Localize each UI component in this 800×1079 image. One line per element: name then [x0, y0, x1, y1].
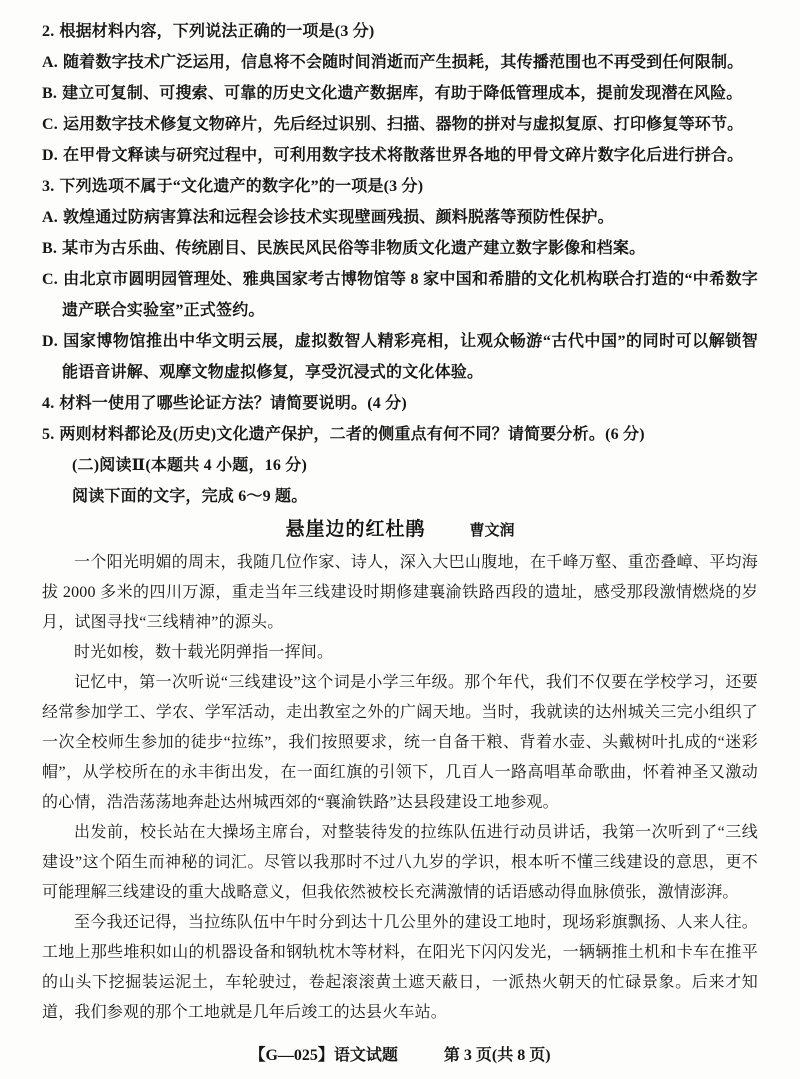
question-3-option-d: D.国家博物馆推出中华文明云展，虚拟数智人精彩亮相，让观众畅游“古代中国”的同时…: [42, 326, 758, 388]
option-label: C.: [42, 271, 58, 288]
question-4: 4.材料一使用了哪些论证方法？请简要说明。(4 分): [42, 388, 758, 419]
option-label: D.: [42, 333, 58, 350]
question-2-option-d: D.在甲骨文释读与研究过程中，可利用数字技术将散落世界各地的甲骨文碎片数字化后进…: [42, 140, 758, 171]
questions-section: 2.根据材料内容，下列说法正确的一项是(3 分) A.随着数字技术广泛运用，信息…: [42, 16, 758, 512]
question-2-option-b: B.建立可复制、可搜索、可靠的历史文化遗产数据库，有助于降低管理成本，提前发现潜…: [42, 78, 758, 109]
question-5-number: 5.: [42, 426, 54, 443]
question-3-option-b: B.某市为古乐曲、传统剧目、民族民风民俗等非物质文化遗产建立数字影像和档案。: [42, 233, 758, 264]
question-4-stem: 4.材料一使用了哪些论证方法？请简要说明。(4 分): [42, 388, 758, 419]
essay-paragraph-2: 时光如梭，数十载光阴弹指一挥间。: [42, 638, 758, 668]
essay-paragraph-4: 出发前，校长站在大操场主席台，对整装待发的拉练队伍进行动员讲话，我第一次听到了“…: [42, 818, 758, 908]
question-3-number: 3.: [42, 178, 54, 195]
question-2-option-a: A.随着数字技术广泛运用，信息将不会随时间消逝而产生损耗，其传播范围也不再受到任…: [42, 47, 758, 78]
essay-paragraph-1: 一个阳光明媚的周末，我随几位作家、诗人，深入大巴山腹地，在千峰万壑、重峦叠嶂、平…: [42, 548, 758, 638]
question-3-text: 下列选项不属于“文化遗产的数字化”的一项是(3 分): [59, 178, 423, 195]
question-2-text: 根据材料内容，下列说法正确的一项是(3 分): [59, 23, 374, 40]
essay-section: 悬崖边的红杜鹃 曹文润 一个阳光明媚的周末，我随几位作家、诗人，深入大巴山腹地，…: [42, 515, 758, 1028]
question-5-text: 两则材料都论及(历史)文化遗产保护，二者的侧重点有何不同？请简要分析。(6 分): [59, 426, 644, 443]
option-label: A.: [42, 54, 58, 71]
question-4-number: 4.: [42, 395, 54, 412]
section-instruction: 阅读下面的文字，完成 6～9 题。: [72, 481, 758, 512]
option-label: B.: [42, 85, 57, 102]
question-3: 3.下列选项不属于“文化遗产的数字化”的一项是(3 分) A.敦煌通过防病害算法…: [42, 171, 758, 388]
question-2: 2.根据材料内容，下列说法正确的一项是(3 分) A.随着数字技术广泛运用，信息…: [42, 16, 758, 171]
option-text: 运用数字技术修复文物碎片，先后经过识别、扫描、器物的拼对与虚拟复原、打印修复等环…: [63, 116, 743, 133]
question-2-stem: 2.根据材料内容，下列说法正确的一项是(3 分): [42, 16, 758, 47]
exam-page: 2.根据材料内容，下列说法正确的一项是(3 分) A.随着数字技术广泛运用，信息…: [0, 0, 800, 1028]
option-text: 国家博物馆推出中华文明云展，虚拟数智人精彩亮相，让观众畅游“古代中国”的同时可以…: [62, 333, 758, 381]
question-2-option-c: C.运用数字技术修复文物碎片，先后经过识别、扫描、器物的拼对与虚拟复原、打印修复…: [42, 109, 758, 140]
option-text: 随着数字技术广泛运用，信息将不会随时间消逝而产生损耗，其传播范围也不再受到任何限…: [63, 54, 743, 71]
question-4-text: 材料一使用了哪些论证方法？请简要说明。(4 分): [59, 395, 406, 412]
question-5: 5.两则材料都论及(历史)文化遗产保护，二者的侧重点有何不同？请简要分析。(6 …: [42, 419, 758, 450]
option-label: A.: [42, 209, 58, 226]
essay-author: 曹文润: [470, 516, 515, 546]
essay-paragraph-5: 至今我还记得，当拉练队伍中午时分到达十几公里外的建设工地时，现场彩旗飘扬、人来人…: [42, 908, 758, 1028]
option-text: 在甲骨文释读与研究过程中，可利用数字技术将散落世界各地的甲骨文碎片数字化后进行拼…: [63, 147, 743, 164]
option-label: C.: [42, 116, 58, 133]
essay-paragraph-3: 记忆中，第一次听说“三线建设”这个词是小学三年级。那个年代，我们不仅要在学校学习…: [42, 668, 758, 818]
question-5-stem: 5.两则材料都论及(历史)文化遗产保护，二者的侧重点有何不同？请简要分析。(6 …: [42, 419, 758, 450]
essay-title-row: 悬崖边的红杜鹃 曹文润: [42, 515, 758, 546]
essay-title: 悬崖边的红杜鹃: [285, 515, 425, 545]
option-text: 某市为古乐曲、传统剧目、民族民风民俗等非物质文化遗产建立数字影像和档案。: [62, 240, 645, 257]
footer-exam-code: 【G—025】语文试题: [249, 1042, 397, 1065]
page-footer: 【G—025】语文试题 第 3 页(共 8 页): [0, 1042, 800, 1079]
footer-page-number: 第 3 页(共 8 页): [444, 1042, 551, 1065]
question-3-stem: 3.下列选项不属于“文化遗产的数字化”的一项是(3 分): [42, 171, 758, 202]
option-label: B.: [42, 240, 57, 257]
question-3-option-c: C.由北京市圆明园管理处、雅典国家考古博物馆等 8 家中国和希腊的文化机构联合打…: [42, 264, 758, 326]
option-label: D.: [42, 147, 58, 164]
option-text: 由北京市圆明园管理处、雅典国家考古博物馆等 8 家中国和希腊的文化机构联合打造的…: [62, 271, 758, 319]
option-text: 建立可复制、可搜索、可靠的历史文化遗产数据库，有助于降低管理成本，提前发现潜在风…: [62, 85, 742, 102]
question-3-option-a: A.敦煌通过防病害算法和远程会诊技术实现壁画残损、颜料脱落等预防性保护。: [42, 202, 758, 233]
option-text: 敦煌通过防病害算法和远程会诊技术实现壁画残损、颜料脱落等预防性保护。: [63, 209, 614, 226]
question-2-number: 2.: [42, 23, 54, 40]
section-heading: (二)阅读Ⅱ(本题共 4 小题，16 分): [72, 450, 758, 481]
